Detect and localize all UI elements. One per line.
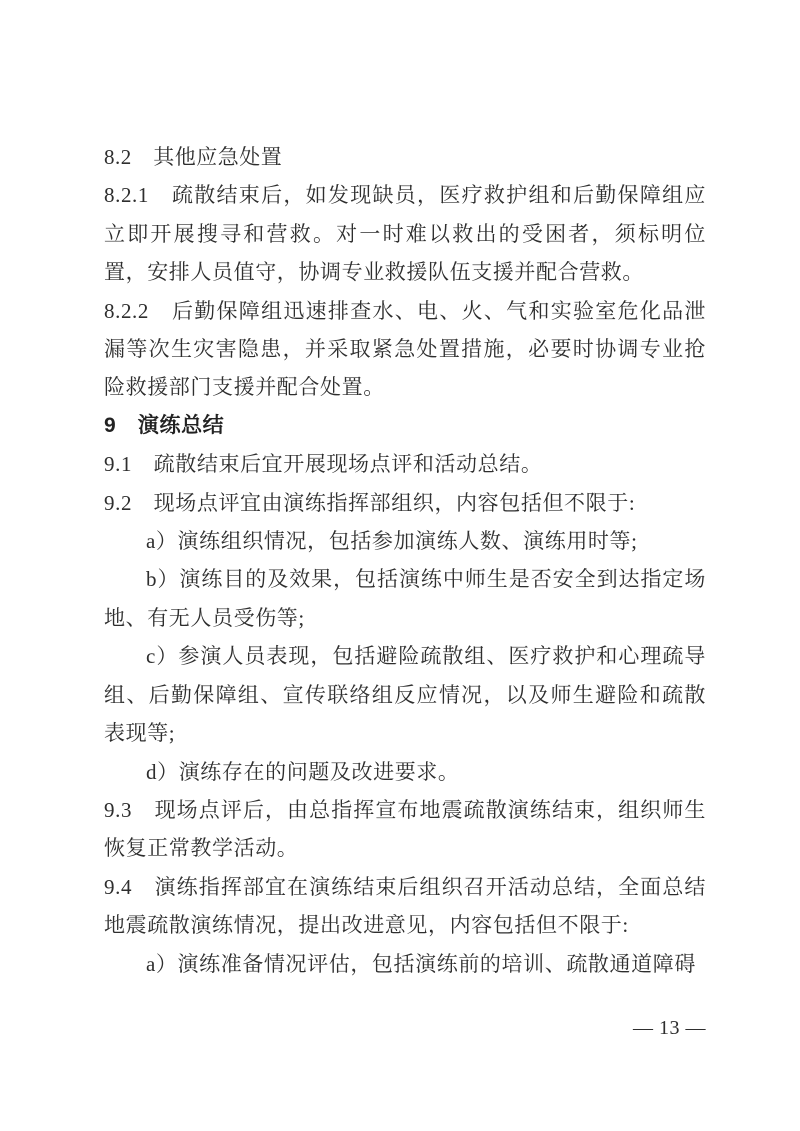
clause-heading-8-2: 8.2 其他应急处置 bbox=[104, 138, 706, 176]
paragraph-9-3: 9.3 现场点评后，由总指挥宣布地震疏散演练结束，组织师生恢复正常教学活动。 bbox=[104, 791, 706, 868]
paragraph-8-2-1: 8.2.1 疏散结束后，如发现缺员，医疗救护组和后勤保障组应立即开展搜寻和营救。… bbox=[104, 176, 706, 291]
paragraph-9-1: 9.1 疏散结束后宜开展现场点评和活动总结。 bbox=[104, 445, 706, 483]
chapter-heading-9: 9 演练总结 bbox=[104, 407, 706, 445]
list-item-9-2-a: a）演练组织情况，包括参加演练人数、演练用时等; bbox=[104, 522, 706, 560]
paragraph-9-4: 9.4 演练指挥部宜在演练结束后组织召开活动总结，全面总结地震疏散演练情况，提出… bbox=[104, 868, 706, 945]
document-body: 8.2 其他应急处置 8.2.1 疏散结束后，如发现缺员，医疗救护组和后勤保障组… bbox=[104, 138, 706, 1047]
page-number: — 13 — bbox=[633, 1017, 706, 1039]
list-item-9-4-a: a）演练准备情况评估，包括演练前的培训、疏散通道障碍 bbox=[104, 945, 706, 983]
document-page: 8.2 其他应急处置 8.2.1 疏散结束后，如发现缺员，医疗救护组和后勤保障组… bbox=[0, 0, 800, 1131]
list-item-9-2-c: c）参演人员表现，包括避险疏散组、医疗救护和心理疏导组、后勤保障组、宣传联络组反… bbox=[104, 637, 706, 752]
paragraph-9-2: 9.2 现场点评宜由演练指挥部组织，内容包括但不限于: bbox=[104, 484, 706, 522]
page-footer: — 13 — bbox=[104, 1009, 706, 1047]
list-item-9-2-d: d）演练存在的问题及改进要求。 bbox=[104, 753, 706, 791]
list-item-9-2-b: b）演练目的及效果，包括演练中师生是否安全到达指定场地、有无人员受伤等; bbox=[104, 560, 706, 637]
paragraph-8-2-2: 8.2.2 后勤保障组迅速排查水、电、火、气和实验室危化品泄漏等次生灾害隐患，并… bbox=[104, 292, 706, 407]
